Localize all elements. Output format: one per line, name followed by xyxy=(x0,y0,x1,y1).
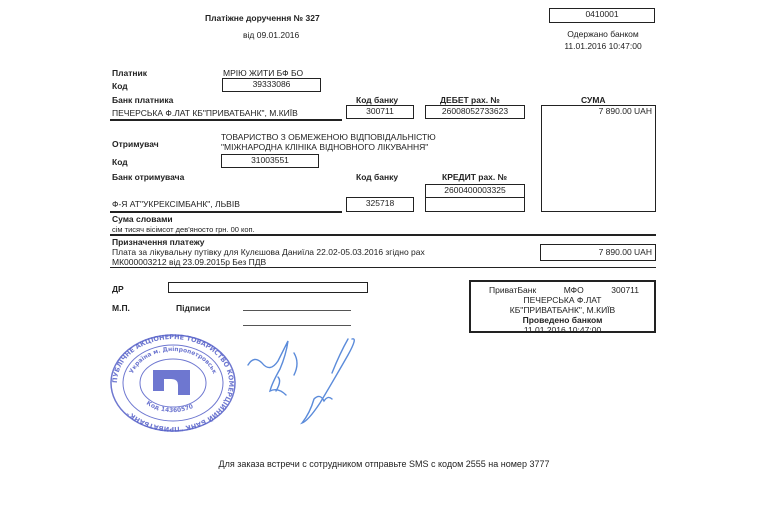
credit-label: КРЕДИТ рах. № xyxy=(442,172,507,182)
document-title: Платіжне доручення № 327 xyxy=(205,13,320,23)
purpose-amount-box: 7 890.00 UAH xyxy=(540,244,656,261)
mp-label: М.П. xyxy=(112,303,130,313)
mfo-label: МФО xyxy=(564,285,584,295)
payer-bank-underline xyxy=(110,119,342,121)
recipient-name-line2: "МІЖНАРОДНА КЛІНІКА ВІДНОВНОГО ЛІКУВАННЯ… xyxy=(221,142,428,152)
document-date: від 09.01.2016 xyxy=(243,30,299,40)
purpose-line2: МК000003212 від 23.09.2015р Без ПДВ xyxy=(112,257,266,267)
recipient-bank-underline xyxy=(110,211,342,213)
payer-bank-code-label: Код банку xyxy=(356,95,398,105)
processed-datetime: 11.01.2016 10:47:00 xyxy=(471,325,654,335)
payer-code-box: 39333086 xyxy=(222,78,321,92)
payer-label: Платник xyxy=(112,68,147,78)
handwritten-signature xyxy=(240,333,360,428)
sum-box: 7 890.00 UAH xyxy=(541,105,656,212)
payer-bank-name: ПЕЧЕРСЬКА Ф.ЛАТ КБ"ПРИВАТБАНК", М.КИЇВ xyxy=(112,108,298,118)
debit-label: ДЕБЕТ рах. № xyxy=(440,95,500,105)
purpose-line1: Плата за лікувальну путівку для Кулєшова… xyxy=(112,247,425,257)
processed-label: Проведено банком xyxy=(471,315,654,325)
sum-words-value: сім тисяч вісімсот дев'яносто грн. 00 ко… xyxy=(112,225,255,234)
mfo-value: 300711 xyxy=(611,285,639,295)
bank-seal: ПУБЛІЧНЕ АКЦІОНЕРНЕ ТОВАРИСТВО КОМЕРЦІЙН… xyxy=(108,333,238,433)
debit-account-box: 26008052733623 xyxy=(425,105,525,119)
purpose-underline xyxy=(110,267,656,268)
payer-bank-code-box: 300711 xyxy=(346,105,414,119)
received-label: Одержано банком xyxy=(553,29,653,39)
recipient-code-label: Код xyxy=(112,157,128,167)
recipient-bank-name: Ф-Я АТ"УКРЕКСІМБАНК", ЛЬВІВ xyxy=(112,199,240,209)
payer-bank-label: Банк платника xyxy=(112,95,173,105)
recipient-bank-label: Банк отримувача xyxy=(112,172,184,182)
received-datetime: 11.01.2016 10:47:00 xyxy=(548,41,658,51)
recipient-label: Отримувач xyxy=(112,139,159,149)
recipient-bank-code-box: 325718 xyxy=(346,197,414,212)
bank-processed-stamp: ПриватБанк МФО 300711 ПЕЧЕРСЬКА Ф.ЛАТ КБ… xyxy=(469,280,656,333)
recipient-name-line1: ТОВАРИСТВО З ОБМЕЖЕНОЮ ВІДПОВІДАЛЬНІСТЮ xyxy=(221,132,436,142)
credit-account-value: 2600400003325 xyxy=(426,185,524,198)
sms-note: Для заказа встречи с сотрудником отправь… xyxy=(0,459,768,470)
recipient-bank-code-label: Код банку xyxy=(356,172,398,182)
dr-label: ДР xyxy=(112,284,124,294)
payer-name: МРІЮ ЖИТИ БФ БО xyxy=(223,68,303,78)
payer-code-label: Код xyxy=(112,81,128,91)
dr-field xyxy=(168,282,368,293)
branch-line2: КБ"ПРИВАТБАНК", М.КИЇВ xyxy=(471,305,654,315)
sum-words-underline xyxy=(110,234,656,236)
bank-name: ПриватБанк xyxy=(489,285,536,295)
branch-line1: ПЕЧЕРСЬКА Ф.ЛАТ xyxy=(471,295,654,305)
credit-account-box: 2600400003325 xyxy=(425,184,525,212)
signature-line-2 xyxy=(243,325,351,326)
bank-mfo-row: ПриватБанк МФО 300711 xyxy=(471,285,654,295)
sum-value: 7 890.00 UAH xyxy=(599,106,652,116)
form-code-box: 0410001 xyxy=(549,8,655,23)
sum-label: СУМА xyxy=(581,95,606,105)
signatures-label: Підписи xyxy=(176,303,210,313)
recipient-code-box: 31003551 xyxy=(221,154,319,168)
sum-words-label: Сума словами xyxy=(112,214,173,224)
signature-line-1 xyxy=(243,310,351,311)
purpose-label: Призначення платежу xyxy=(112,237,204,247)
